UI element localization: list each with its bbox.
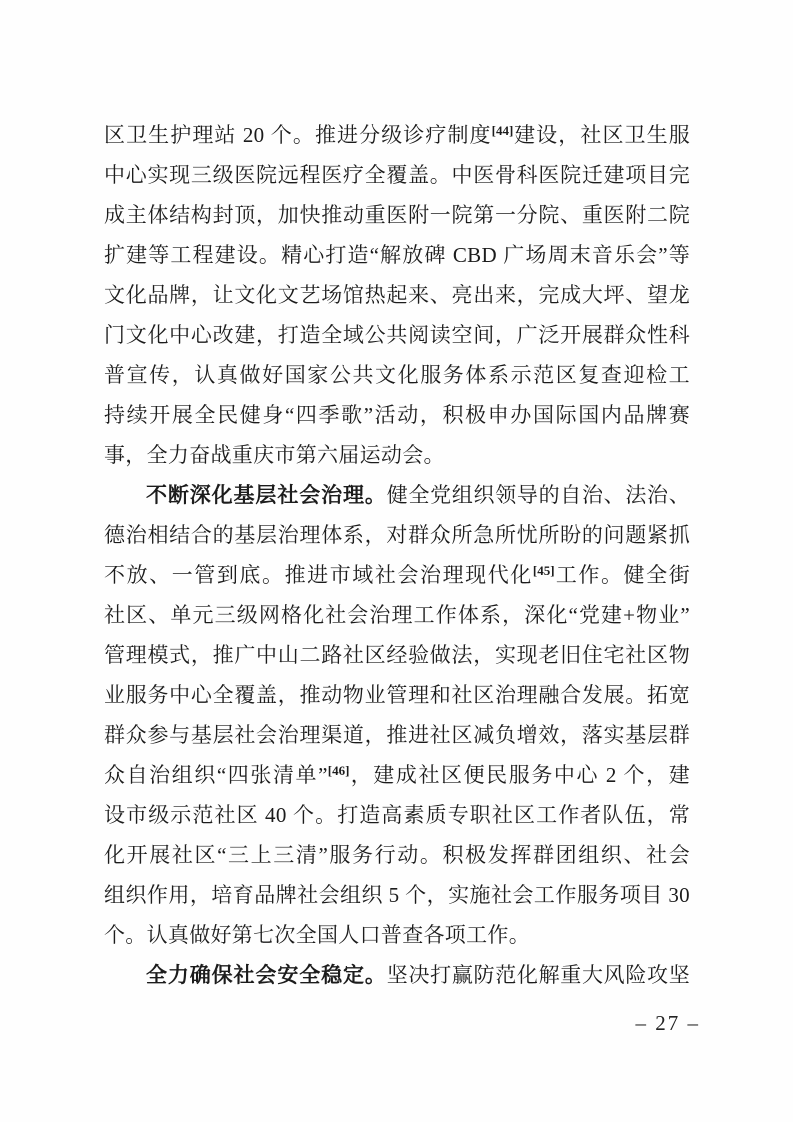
text-line: 管理模式，推广中山二路社区经验做法，实现老旧住宅社区物 — [104, 635, 690, 675]
body-text: 区卫生护理站 20 个。推进分级诊疗制度 — [104, 123, 492, 147]
text-line: 中心实现三级医院远程医疗全覆盖。中医骨科医院迁建项目完 — [104, 155, 690, 195]
text-line: 普宣传，认真做好国家公共文化服务体系示范区复查迎检工作。 — [104, 355, 690, 395]
body-text: 文化品牌，让文化文艺场馆热起来、亮出来，完成大坪、望龙 — [104, 283, 690, 307]
text-line: 组织作用，培育品牌社会组织 5 个，实施社会工作服务项目 30 — [104, 875, 690, 915]
paragraph-lead-bold: 不断深化基层社会治理。 — [146, 484, 387, 507]
document-page: 区卫生护理站 20 个。推进分级诊疗制度[44]建设，社区卫生服务中心实现三级医… — [0, 0, 793, 1122]
body-text: 个。认真做好第七次全国人口普查各项工作。 — [104, 923, 530, 947]
body-text: 化开展社区“三上三清”服务行动。积极发挥群团组织、社会 — [104, 843, 690, 867]
body-text: 中心实现三级医院远程医疗全覆盖。中医骨科医院迁建项目完 — [104, 163, 690, 187]
text-line: 扩建等工程建设。精心打造“解放碑 CBD 广场周末音乐会”等 — [104, 235, 690, 275]
text-line: 持续开展全民健身“四季歌”活动，积极申办国际国内品牌赛 — [104, 395, 690, 435]
body-text: 门文化中心改建，打造全域公共阅读空间，广泛开展群众性科 — [104, 323, 690, 347]
body-text: 德治相结合的基层治理体系，对群众所急所忧所盼的问题紧抓 — [104, 523, 690, 547]
footnote-reference: [44] — [492, 123, 514, 138]
text-line: 事，全力奋战重庆市第六届运动会。 — [104, 435, 690, 475]
text-line: 不断深化基层社会治理。健全党组织领导的自治、法治、 — [104, 475, 690, 515]
body-text: 成主体结构封顶，加快推动重医附一院第一分院、重医附二院 — [104, 203, 690, 227]
document-body: 区卫生护理站 20 个。推进分级诊疗制度[44]建设，社区卫生服务中心实现三级医… — [104, 115, 690, 995]
text-line: 全力确保社会安全稳定。坚决打赢防范化解重大风险攻坚 — [104, 955, 690, 995]
text-line: 个。认真做好第七次全国人口普查各项工作。 — [104, 915, 690, 955]
text-line: 社区、单元三级网格化社会治理工作体系，深化“党建+物业” — [104, 595, 690, 635]
body-text: 组织作用，培育品牌社会组织 5 个，实施社会工作服务项目 30 — [104, 883, 690, 907]
text-line: 业服务中心全覆盖，推动物业管理和社区治理融合发展。拓宽 — [104, 675, 690, 715]
body-text: 坚决打赢防范化解重大风险攻坚 — [387, 963, 690, 987]
body-text: 持续开展全民健身“四季歌”活动，积极申办国际国内品牌赛 — [104, 403, 690, 427]
body-text: ，建成社区便民服务中心 2 个，建 — [349, 763, 690, 787]
footnote-reference: [45] — [533, 563, 555, 578]
text-line: 众自治组织“四张清单”[46]，建成社区便民服务中心 2 个，建 — [104, 755, 690, 795]
body-text: 群众参与基层社会治理渠道，推进社区减负增效，落实基层群 — [104, 723, 690, 747]
text-line: 化开展社区“三上三清”服务行动。积极发挥群团组织、社会 — [104, 835, 690, 875]
text-line: 区卫生护理站 20 个。推进分级诊疗制度[44]建设，社区卫生服务 — [104, 115, 690, 155]
body-text: 普宣传，认真做好国家公共文化服务体系示范区复查迎检工作。 — [104, 363, 690, 395]
text-line: 文化品牌，让文化文艺场馆热起来、亮出来，完成大坪、望龙 — [104, 275, 690, 315]
text-line: 群众参与基层社会治理渠道，推进社区减负增效，落实基层群 — [104, 715, 690, 755]
text-line: 成主体结构封顶，加快推动重医附一院第一分院、重医附二院 — [104, 195, 690, 235]
body-text: 管理模式，推广中山二路社区经验做法，实现老旧住宅社区物 — [104, 643, 690, 667]
text-line: 设市级示范社区 40 个。打造高素质专职社区工作者队伍，常态 — [104, 795, 690, 835]
paragraph-lead-bold: 全力确保社会安全稳定。 — [146, 964, 387, 987]
body-text: 社区、单元三级网格化社会治理工作体系，深化“党建+物业” — [104, 603, 690, 627]
body-text: 健全党组织领导的自治、法治、 — [387, 483, 690, 507]
body-text: 众自治组织“四张清单” — [104, 763, 328, 787]
page-number: – 27 – — [636, 1008, 701, 1038]
body-text: 业服务中心全覆盖，推动物业管理和社区治理融合发展。拓宽 — [104, 683, 690, 707]
footnote-reference: [46] — [328, 763, 350, 778]
text-line: 德治相结合的基层治理体系，对群众所急所忧所盼的问题紧抓 — [104, 515, 690, 555]
body-text: 事，全力奋战重庆市第六届运动会。 — [104, 443, 445, 467]
body-text: 不放、一管到底。推进市域社会治理现代化 — [104, 563, 533, 587]
text-line: 不放、一管到底。推进市域社会治理现代化[45]工作。健全街道、 — [104, 555, 690, 595]
body-text: 扩建等工程建设。精心打造“解放碑 CBD 广场周末音乐会”等 — [104, 243, 690, 267]
text-line: 门文化中心改建，打造全域公共阅读空间，广泛开展群众性科 — [104, 315, 690, 355]
body-text: 设市级示范社区 40 个。打造高素质专职社区工作者队伍，常态 — [104, 803, 690, 835]
